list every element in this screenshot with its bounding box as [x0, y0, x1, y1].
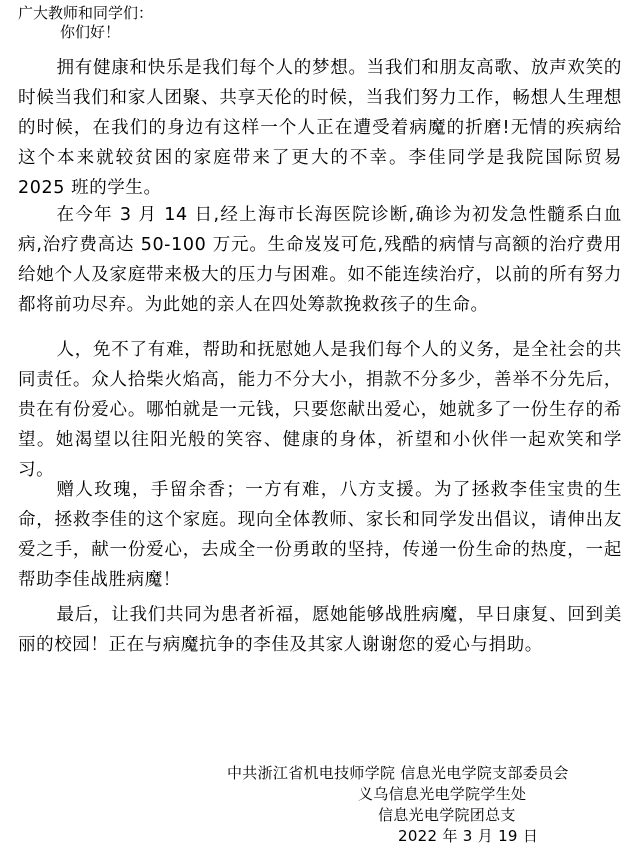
paragraph-duty: 人，免不了有难，帮助和抚慰她人是我们每个人的义务，是全社会的共同责任。众人拾柴火…: [18, 335, 622, 485]
signature-org-party-committee: 中共浙江省机电技师学院 信息光电学院支部委员会: [227, 763, 569, 783]
signature-date: 2022 年 3 月 19 日: [398, 826, 538, 846]
paragraph-intro: 拥有健康和快乐是我们每个人的梦想。当我们和朋友高歌、放声欢笑的时候当我们和家人团…: [18, 53, 622, 203]
salutation: 广大教师和同学们：: [18, 3, 153, 23]
paragraph-closing: 最后，让我们共同为患者祈福，愿她能够战胜病魔，早日康复、回到美丽的校园！正在与病…: [18, 600, 622, 660]
greeting: 你们好！: [60, 22, 120, 42]
paragraph-appeal: 赠人玫瑰，手留余香；一方有难，八方支援。为了拯救李佳宝贵的生命，拯救李佳的这个家…: [18, 475, 622, 595]
signature-org-youth-league: 信息光电学院团总支: [378, 805, 516, 825]
letter-document: 广大教师和同学们： 你们好！ 拥有健康和快乐是我们每个人的梦想。当我们和朋友高歌…: [0, 0, 634, 855]
paragraph-diagnosis: 在今年 3 月 14 日,经上海市长海医院诊断,确诊为初发急性髓系白血病,治疗费…: [18, 200, 622, 320]
signature-org-student-office: 义乌信息光电学院学生处: [358, 784, 526, 804]
